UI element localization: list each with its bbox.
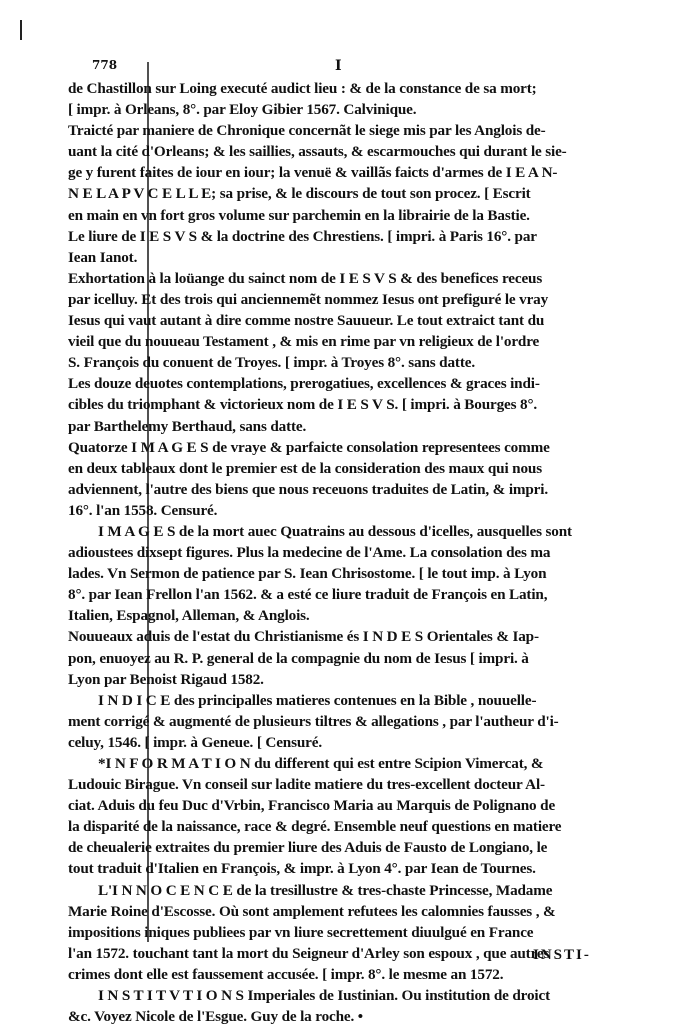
text-line: Iesus qui vaut autant à dire comme nostr… (68, 310, 638, 331)
text-line: I N D I C E des principalles matieres co… (68, 690, 638, 711)
text-line: tout traduit d'Italien en François, & im… (68, 858, 638, 879)
page-body-text: de Chastillon sur Loing executé audict l… (68, 78, 638, 1024)
text-line: 16°. l'an 1558. Censuré. (68, 500, 638, 521)
text-line: la disparité de la naissance, race & deg… (68, 816, 638, 837)
text-line: 8°. par Iean Frellon l'an 1562. & a esté… (68, 584, 638, 605)
text-line: Traicté par maniere de Chronique concern… (68, 120, 638, 141)
text-line: Lyon par Benoist Rigaud 1582. (68, 669, 638, 690)
text-line: Marie Roine d'Escosse. Où sont amplement… (68, 901, 638, 922)
text-line: uant la cité d'Orleans; & les saillies, … (68, 141, 638, 162)
text-line: L'I N N O C E N C E de la tresillustre &… (68, 880, 638, 901)
text-line: Italien, Espagnol, Alleman, & Anglois. (68, 605, 638, 626)
text-line: par Barthelemy Berthaud, sans datte. (68, 416, 638, 437)
text-line: Quatorze I M A G E S de vraye & parfaict… (68, 437, 638, 458)
text-line: adviennent, l'autre des biens que nous r… (68, 479, 638, 500)
text-line: Exhortation à la loüange du sainct nom d… (68, 268, 638, 289)
text-line: en main en vn fort gros volume sur parch… (68, 205, 638, 226)
text-line: [ impr. à Orleans, 8°. par Eloy Gibier 1… (68, 99, 638, 120)
text-line: de cheualerie extraites du premier liure… (68, 837, 638, 858)
text-line: cibles du triomphant & victorieux nom de… (68, 394, 638, 415)
text-line: ment corrigé & augmenté de plusieurs til… (68, 711, 638, 732)
text-line: &c. Voyez Nicole de l'Esgue. Guy de la r… (68, 1006, 638, 1024)
page-header: 778 I (92, 58, 636, 74)
text-line: crimes dont elle est faussement accusée.… (68, 964, 638, 985)
text-line: Les douze deuotes contemplations, prerog… (68, 373, 638, 394)
text-line: Le liure de I E S V S & la doctrine des … (68, 226, 638, 247)
section-letter: I (335, 58, 342, 74)
text-line: impositions iniques publiees par vn liur… (68, 922, 638, 943)
text-line: *I N F O R M A T I O N du different qui … (68, 753, 638, 774)
page-number: 778 (92, 58, 117, 72)
text-line: Ludouic Birague. Vn conseil sur ladite m… (68, 774, 638, 795)
margin-mark (20, 20, 22, 40)
text-line: Iean Ianot. (68, 247, 638, 268)
text-line: N E L A P V C E L L E; sa prise, & le di… (68, 183, 638, 204)
text-line: I M A G E S de la mort auec Quatrains au… (68, 521, 638, 542)
text-line: adioustees dixsept figures. Plus la mede… (68, 542, 638, 563)
text-line: en deux tableaux dont le premier est de … (68, 458, 638, 479)
text-line: pon, enuoyez au R. P. general de la comp… (68, 648, 638, 669)
text-line: S. François du conuent de Troyes. [ impr… (68, 352, 638, 373)
text-line: celuy, 1546. [ impr. à Geneue. [ Censuré… (68, 732, 638, 753)
text-line: vieil que du nouueau Testament , & mis e… (68, 331, 638, 352)
text-line: ciat. Aduis du feu Duc d'Vrbin, Francisc… (68, 795, 638, 816)
text-line: I N S T I T V T I O N S Imperiales de Iu… (68, 985, 638, 1006)
catchword: INSTI- (533, 947, 591, 964)
text-line: ge y furent faites de iour en iour; la v… (68, 162, 638, 183)
text-line: de Chastillon sur Loing executé audict l… (68, 78, 638, 99)
text-line: par icelluy. Et des trois qui anciennemẽ… (68, 289, 638, 310)
text-line: lades. Vn Sermon de patience par S. Iean… (68, 563, 638, 584)
text-line: Nouueaux aduis de l'estat du Christianis… (68, 626, 638, 647)
